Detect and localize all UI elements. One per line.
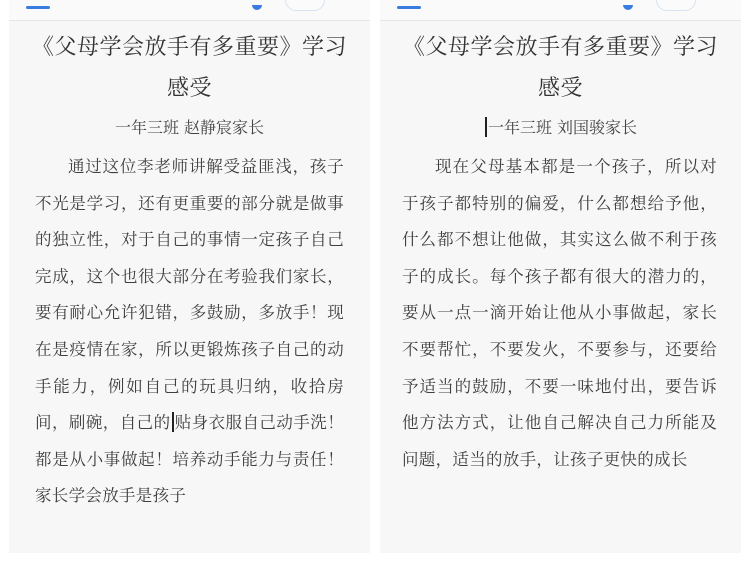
document-content[interactable]: 《父母学会放手有多重要》学习感受 一年三班 赵静宸家长 通过这位李老师讲解受益匪… <box>9 21 370 553</box>
author-byline: 一年三班 赵静宸家长 <box>9 115 370 141</box>
right-phone-screenshot: 《父母学会放手有多重要》学习感受 一年三班 刘国骏家长 现在父母基本都是一个孩子… <box>380 0 741 553</box>
left-phone-screenshot: 《父母学会放手有多重要》学习感受 一年三班 赵静宸家长 通过这位李老师讲解受益匪… <box>9 0 370 553</box>
author-byline: 一年三班 刘国骏家长 <box>380 115 741 141</box>
top-toolbar <box>9 0 370 21</box>
toolbar-pill-button[interactable] <box>656 0 696 11</box>
text-cursor <box>172 412 174 432</box>
body-paragraph[interactable]: 通过这位李老师讲解受益匪浅，孩子不光是学习，还有更重要的部分就是做事的独立性，对… <box>35 149 344 515</box>
document-title: 《父母学会放手有多重要》学习感受 <box>394 27 727 109</box>
body-paragraph[interactable]: 现在父母基本都是一个孩子，所以对于孩子都特别的偏爱，什么都想给予他，什么都不想让… <box>402 149 717 478</box>
text-cursor <box>485 117 487 137</box>
back-icon[interactable] <box>397 6 421 9</box>
byline-text: 一年三班 刘国骏家长 <box>488 118 637 137</box>
body-text-before-cursor: 通过这位李老师讲解受益匪浅，孩子不光是学习，还有更重要的部分就是做事的独立性，对… <box>35 157 344 432</box>
document-content[interactable]: 《父母学会放手有多重要》学习感受 一年三班 刘国骏家长 现在父母基本都是一个孩子… <box>380 21 741 553</box>
indicator-icon <box>623 5 633 10</box>
top-toolbar <box>380 0 741 21</box>
back-icon[interactable] <box>26 6 50 9</box>
document-title: 《父母学会放手有多重要》学习感受 <box>23 27 356 109</box>
toolbar-pill-button[interactable] <box>285 0 325 11</box>
indicator-icon <box>252 5 262 10</box>
